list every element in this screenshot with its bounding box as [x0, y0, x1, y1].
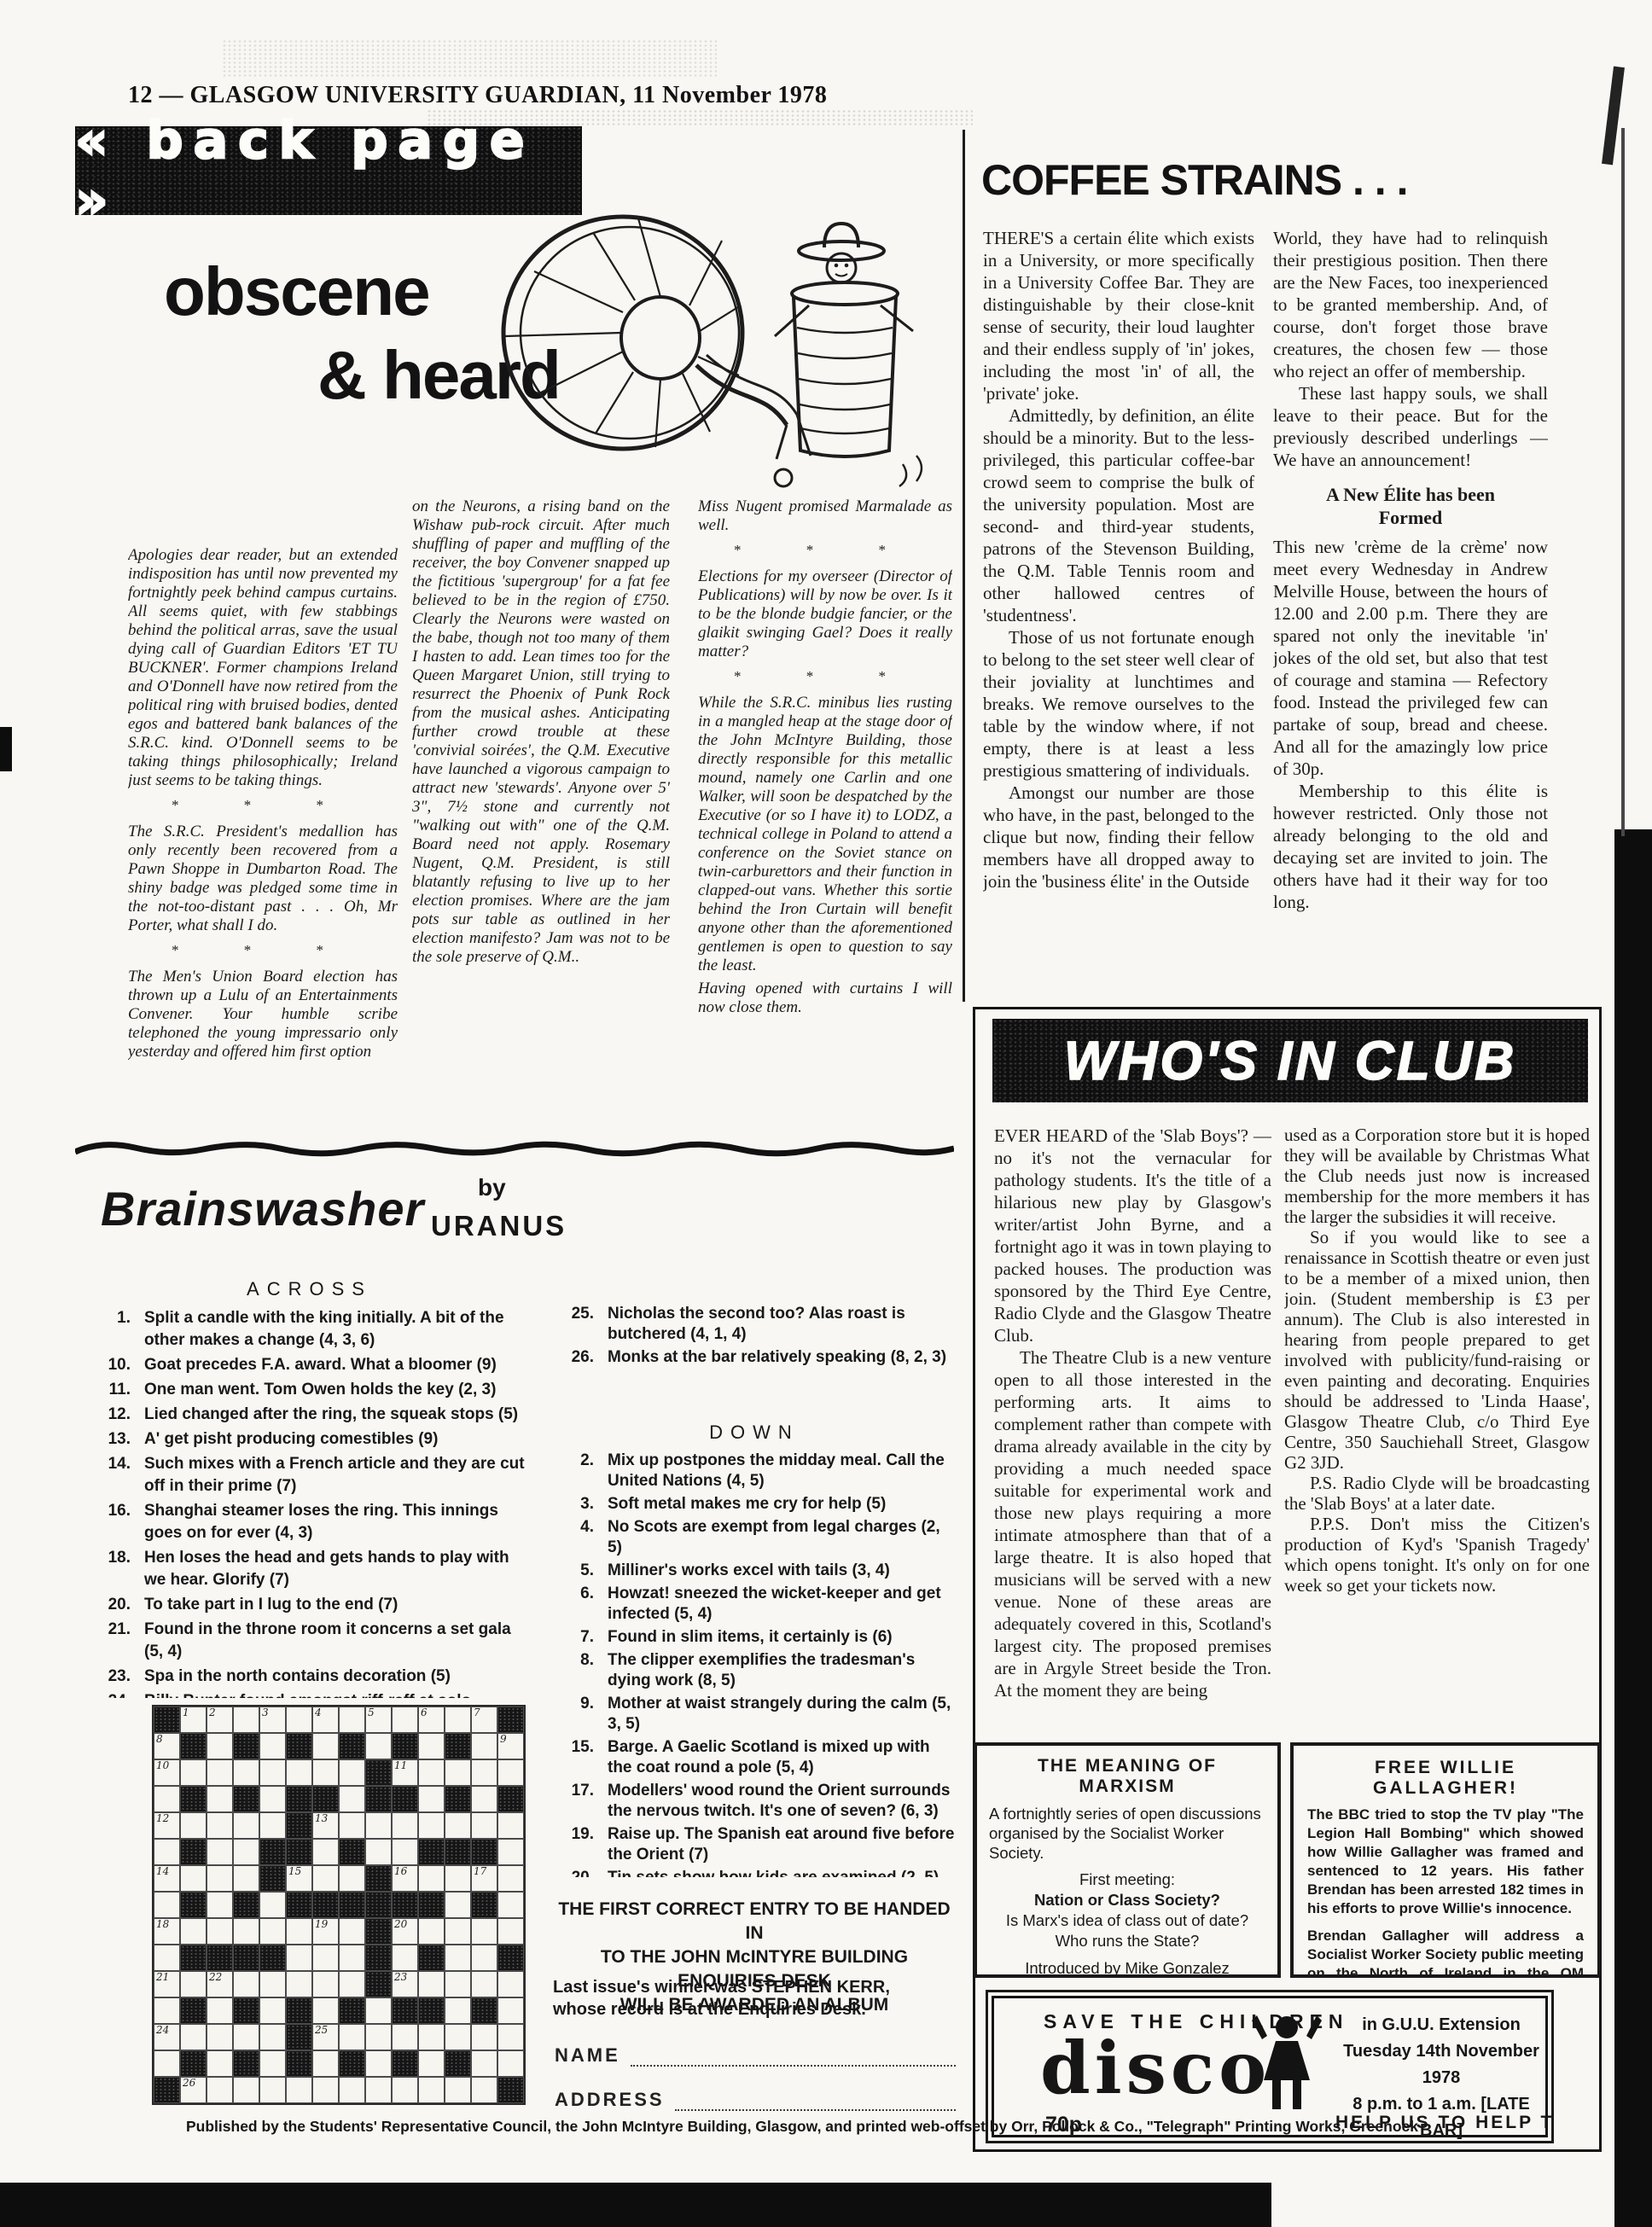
crossword-cell: [154, 2050, 180, 2077]
clue-number: 7.: [553, 1627, 608, 1648]
crossword-cell: [286, 1918, 312, 1945]
crossword-cell: [471, 1918, 497, 1945]
clue-text: Mix up postpones the midday meal. Call t…: [608, 1451, 956, 1491]
scan-edge-bottom: [0, 2183, 1271, 2227]
clue-text: Tin sets show how kids are examined (2, …: [608, 1868, 939, 1877]
paragraph: P.P.S. Don't miss the Citizen's producti…: [1284, 1514, 1590, 1596]
crossword-cell: 9: [497, 1733, 524, 1759]
crossword-black-cell: [339, 1733, 365, 1759]
crossword-black-cell: [339, 1839, 365, 1865]
crossword-black-cell: [365, 1865, 392, 1892]
crossword-clue: 10. Goat precedes F.A. award. What a blo…: [90, 1354, 529, 1376]
crossword-cell: [206, 2024, 233, 2050]
crossword-cell: [339, 1759, 365, 1786]
crossword-black-cell: [286, 2050, 312, 2077]
crossword-cell: [418, 2050, 445, 2077]
crossword-cell: [206, 1733, 233, 1759]
crossword-cell: [180, 1971, 206, 1997]
clue-number: 5.: [553, 1561, 608, 1581]
crossword-cell: [312, 1997, 339, 2024]
marxism-topic: Nation or Class Society?: [989, 1890, 1265, 1910]
crossword-cell: [418, 1812, 445, 1839]
clue-text: Milliner's works excel with tails (3, 4): [608, 1561, 890, 1581]
crossword-black-cell: [286, 1733, 312, 1759]
crossword-clue: 13. A' get pisht producing comestibles (…: [90, 1428, 529, 1451]
across-clues-continued: 25. Nicholas the second too? Alas roast …: [553, 1304, 956, 1406]
crossword-cell: [445, 1918, 471, 1945]
crossword-cell: [286, 1945, 312, 1971]
crossword-cell: [233, 1971, 259, 1997]
paragraph: The Men's Union Board election has throw…: [128, 968, 398, 1061]
paragraph: used as a Corporation store but it is ho…: [1284, 1125, 1590, 1227]
disco-date: Tuesday 14th November 1978: [1334, 2038, 1549, 2091]
clue-text: Mother at waist strangely during the cal…: [608, 1694, 956, 1735]
clue-text: The clipper exemplifies the tradesman's …: [608, 1650, 956, 1691]
crossword-cell: 21: [154, 1971, 180, 1997]
crossword-cell: [418, 1971, 445, 1997]
crossword-black-cell: [286, 1812, 312, 1839]
crossword-cell: 10: [154, 1759, 180, 1786]
clue-number: 23.: [90, 1666, 144, 1688]
crossword-cell: [286, 1759, 312, 1786]
crossword-cell: 7: [471, 1707, 497, 1733]
crossword-cell: [497, 1759, 524, 1786]
obscene-headline-line1: obscene: [164, 258, 429, 326]
crossword-cell: [365, 2024, 392, 2050]
crossword-cell: [233, 2077, 259, 2103]
crossword-cell-number: 9: [500, 1733, 507, 1745]
whos-in-club-banner: WHO'S IN CLUB: [992, 1019, 1588, 1102]
crossword-clue: 21. Found in the throne room it concerns…: [90, 1619, 529, 1663]
crossword-cell-number: 15: [288, 1865, 301, 1877]
crossword-cell: [497, 1997, 524, 2024]
crossword-cell-number: 11: [394, 1759, 407, 1771]
crossword-clue: 15. Barge. A Gaelic Scotland is mixed up…: [553, 1737, 956, 1778]
crossword-cell: [471, 2077, 497, 2103]
crossword-cell: 16: [392, 1865, 418, 1892]
crossword-cell: [206, 2077, 233, 2103]
crossword-clue: 5. Milliner's works excel with tails (3,…: [553, 1561, 956, 1581]
crossword-black-cell: [392, 1997, 418, 2024]
crossword-cell-number: 14: [156, 1865, 169, 1877]
marxism-introduced-by: Introduced by Mike Gonzalez: [989, 1958, 1265, 1978]
crossword-cell: [497, 1812, 524, 1839]
crossword-cell-number: 25: [315, 2024, 328, 2036]
crossword-cell-number: 23: [394, 1971, 407, 1983]
crossword-cell: [180, 1759, 206, 1786]
obscene-column-1: Apologies dear reader, but an extended i…: [128, 546, 398, 1137]
crossword-black-cell: [497, 2077, 524, 2103]
crossword-black-cell: [392, 1733, 418, 1759]
crossword-cell: [445, 1759, 471, 1786]
coffee-strains-title: COFFEE STRAINS . . .: [981, 159, 1407, 201]
crossword-cell: [233, 2024, 259, 2050]
new-elite-subhead: A New Élite has been Formed: [1304, 483, 1517, 529]
crossword-cell: 6: [418, 1707, 445, 1733]
clue-text: Lied changed after the ring, the squeak …: [144, 1404, 518, 1426]
clue-text: Howzat! sneezed the wicket-keeper and ge…: [608, 1584, 956, 1625]
crossword-clue: 24. Billy Bunter found amongst riff-raff…: [90, 1690, 529, 1698]
crossword-black-cell: [418, 1997, 445, 2024]
disco-logo: disco: [1040, 2034, 1271, 2102]
crossword-cell: [312, 1865, 339, 1892]
scan-mark-left: [0, 727, 12, 771]
across-label: ACROSS: [90, 1278, 529, 1300]
crossword-cell: [445, 1707, 471, 1733]
crossword-cell: [445, 2024, 471, 2050]
clue-number: 25.: [553, 1304, 608, 1345]
crossword-clue: 6. Howzat! sneezed the wicket-keeper and…: [553, 1584, 956, 1625]
crossword-cell: [339, 1786, 365, 1812]
crossword-cell: [286, 1707, 312, 1733]
crossword-cell: [339, 2077, 365, 2103]
crossword-black-cell: [286, 1997, 312, 2024]
crossword-cell: 8: [154, 1733, 180, 1759]
obscene-column-2: on the Neurons, a rising band on the Wis…: [412, 497, 670, 1139]
marxism-question-1: Is Marx's idea of class out of date?: [989, 1910, 1265, 1931]
paragraph: Apologies dear reader, but an extended i…: [128, 546, 398, 790]
crossword-cell: [497, 2050, 524, 2077]
entry-note-line: THE FIRST CORRECT ENTRY TO BE HANDED IN: [553, 1898, 956, 1945]
crossword-clue: 2. Mix up postpones the midday meal. Cal…: [553, 1451, 956, 1491]
crossword-cell: 20: [392, 1918, 418, 1945]
obscene-column-3: Miss Nugent promised Marmalade as well.*…: [698, 497, 952, 1139]
scan-smudge-top: [222, 39, 717, 78]
child-figure-icon: [1250, 2014, 1323, 2114]
crossword-cell: [497, 1892, 524, 1918]
clue-number: 1.: [90, 1307, 144, 1352]
crossword-cell: 22: [206, 1971, 233, 1997]
crossword-cell: [365, 1839, 392, 1865]
crossword-cell: [445, 1971, 471, 1997]
crossword-cell: [233, 1839, 259, 1865]
crossword-cell: 23: [392, 1971, 418, 1997]
clue-text: Soft metal makes me cry for help (5): [608, 1494, 886, 1515]
crossword-cell: 25: [312, 2024, 339, 2050]
crossword-clue: 18. Hen loses the head and gets hands to…: [90, 1547, 529, 1591]
crossword-black-cell: [365, 1918, 392, 1945]
clue-number: 21.: [90, 1619, 144, 1663]
clue-number: 19.: [553, 1824, 608, 1865]
crossword-black-cell: [339, 2050, 365, 2077]
clue-text: Raise up. The Spanish eat around five be…: [608, 1824, 956, 1865]
clue-number: 18.: [90, 1547, 144, 1591]
paragraph: Admittedly, by definition, an élite shou…: [983, 404, 1254, 626]
crossword-black-cell: [286, 1786, 312, 1812]
page-header: 12 — GLASGOW UNIVERSITY GUARDIAN, 11 Nov…: [128, 82, 827, 109]
crossword-clue: 20. To take part in I lug to the end (7): [90, 1594, 529, 1616]
address-entry-line: [675, 2096, 956, 2111]
clue-text: Such mixes with a French article and the…: [144, 1453, 529, 1497]
crossword-cell-number: 13: [315, 1812, 328, 1824]
crossword-clue: 19. Raise up. The Spanish eat around fiv…: [553, 1824, 956, 1865]
crossword-cell: 24: [154, 2024, 180, 2050]
crossword-clue: 12. Lied changed after the ring, the squ…: [90, 1404, 529, 1426]
paragraph: World, they have had to relinquish their…: [1273, 227, 1548, 382]
crossword-cell: [365, 1997, 392, 2024]
crossword-cell: [206, 1759, 233, 1786]
section-divider: [75, 1140, 954, 1162]
paragraph: While the S.R.C. minibus lies rusting in…: [698, 694, 952, 975]
crossword-black-cell: [233, 1786, 259, 1812]
crossword-cell: [312, 2050, 339, 2077]
paragraph: EVER HEARD of the 'Slab Boys'? — no it's…: [994, 1125, 1271, 1346]
clue-number: 2.: [553, 1451, 608, 1491]
crossword-cell: [392, 1707, 418, 1733]
newspaper-page: 12 — GLASGOW UNIVERSITY GUARDIAN, 11 Nov…: [0, 0, 1652, 2227]
crossword-cell: [445, 2077, 471, 2103]
crossword-black-cell: [339, 1997, 365, 2024]
crossword-cell: [259, 2024, 286, 2050]
crossword-cell: [154, 1997, 180, 2024]
crossword-black-cell: [471, 1892, 497, 1918]
crossword-cell: [339, 2024, 365, 2050]
crossword-black-cell: [259, 1865, 286, 1892]
crossword-cell: [259, 1786, 286, 1812]
crossword-cell: [471, 2024, 497, 2050]
paragraph: * * *: [128, 941, 398, 960]
crossword-cell: [180, 2024, 206, 2050]
crossword-black-cell: [418, 1945, 445, 1971]
crossword-cell: [206, 1892, 233, 1918]
crossword-cell: [365, 1733, 392, 1759]
crossword-black-cell: [233, 1733, 259, 1759]
crossword-black-cell: [497, 1707, 524, 1733]
crossword-cell: [365, 1812, 392, 1839]
crossword-cell-number: 12: [156, 1812, 169, 1824]
crossword-cell: [418, 1733, 445, 1759]
crossword-cell: [259, 1759, 286, 1786]
paragraph: on the Neurons, a rising band on the Wis…: [412, 497, 670, 967]
paragraph: Elections for my overseer (Director of P…: [698, 567, 952, 661]
clue-number: 16.: [90, 1500, 144, 1544]
column-rule: [963, 130, 965, 1002]
clue-text: Goat precedes F.A. award. What a bloomer…: [144, 1354, 497, 1376]
crossword-cell: [471, 2050, 497, 2077]
crossword-black-cell: [471, 1839, 497, 1865]
crossword-black-cell: [312, 1892, 339, 1918]
crossword-black-cell: [286, 1839, 312, 1865]
crossword-black-cell: [392, 2050, 418, 2077]
crossword-cell: 19: [312, 1918, 339, 1945]
crossword-cell: [445, 1865, 471, 1892]
crossword-cell: 15: [286, 1865, 312, 1892]
gallagher-paragraph-1: The BBC tried to stop the TV play "The L…: [1307, 1805, 1584, 1918]
clue-text: Monks at the bar relatively speaking (8,…: [608, 1347, 946, 1368]
paragraph: THERE'S a certain élite which exists in …: [983, 227, 1254, 404]
clue-number: 14.: [90, 1453, 144, 1497]
crossword-grid: 1234567891011121314151617181920212223242…: [152, 1705, 526, 2105]
crossword-cell: [497, 1918, 524, 1945]
crossword-cell: 4: [312, 1707, 339, 1733]
clue-number: 15.: [553, 1737, 608, 1778]
crossword-cell: [259, 1918, 286, 1945]
crossword-black-cell: [180, 1786, 206, 1812]
crossword-clue: 4. No Scots are exempt from legal charge…: [553, 1517, 956, 1558]
crossword-black-cell: [180, 1892, 206, 1918]
name-label: NAME: [555, 2044, 620, 2067]
crossword-cell-number: 1: [183, 1707, 189, 1718]
disco-box-inner-border: SAVE THE CHILDREN disco 70p in G.U.U. Ex…: [992, 1996, 1548, 2137]
crossword-black-cell: [180, 1945, 206, 1971]
coffee-column-2-top: World, they have had to relinquish their…: [1273, 227, 1548, 471]
crossword-black-cell: [365, 1759, 392, 1786]
crossword-clue: 20. Tin sets show how kids are examined …: [553, 1868, 956, 1877]
name-entry-line: [631, 2051, 956, 2067]
crossword-cell: 11: [392, 1759, 418, 1786]
crossword-black-cell: [312, 1786, 339, 1812]
crossword-cell: [206, 1918, 233, 1945]
clue-number: 24.: [90, 1690, 144, 1698]
crossword-black-cell: [154, 2077, 180, 2103]
whos-in-club-banner-text: WHO'S IN CLUB: [1064, 1029, 1517, 1092]
crossword-black-cell: [180, 1997, 206, 2024]
marxism-first-meeting: First meeting:: [989, 1869, 1265, 1890]
gallagher-box: FREE WILLIE GALLAGHER! The BBC tried to …: [1290, 1742, 1601, 1978]
clue-text: Billy Bunter found amongst riff-raff at …: [144, 1690, 529, 1698]
clue-text: Nicholas the second too? Alas roast is b…: [608, 1304, 956, 1345]
clue-number: 13.: [90, 1428, 144, 1451]
crossword-cell: [497, 1971, 524, 1997]
crossword-cell: [392, 1839, 418, 1865]
crossword-cell: 18: [154, 1918, 180, 1945]
crossword-black-cell: [259, 1839, 286, 1865]
crossword-cell: [312, 1971, 339, 1997]
crossword-clue: 1. Split a candle with the king initiall…: [90, 1307, 529, 1352]
marxism-title: THE MEANING OF MARXISM: [989, 1756, 1265, 1797]
crossword-black-cell: [365, 1892, 392, 1918]
paragraph: The Theatre Club is a new venture open t…: [994, 1346, 1271, 1701]
scan-line-right: [1621, 128, 1625, 836]
address-label: ADDRESS: [555, 2089, 665, 2111]
crossword-black-cell: [180, 1733, 206, 1759]
crossword-cell: [445, 1812, 471, 1839]
crossword-cell: [206, 1812, 233, 1839]
winner-note: Last issue's winner was STEPHEN KERR, wh…: [553, 1976, 928, 2021]
crossword-cell: 2: [206, 1707, 233, 1733]
brainswasher-author: URANUS: [431, 1210, 567, 1242]
clue-text: Hen loses the head and gets hands to pla…: [144, 1547, 529, 1591]
crossword-clue: 25. Nicholas the second too? Alas roast …: [553, 1304, 956, 1345]
crossword-black-cell: [445, 1786, 471, 1812]
address-field-row: ADDRESS: [555, 2089, 956, 2111]
crossword-cell: [339, 1918, 365, 1945]
crossword-cell: [418, 1918, 445, 1945]
crossword-cell: [392, 2077, 418, 2103]
crossword-cell: [312, 1733, 339, 1759]
crossword-black-cell: [233, 1997, 259, 2024]
crossword-cell: [154, 1892, 180, 1918]
crossword-black-cell: [392, 1786, 418, 1812]
crossword-cell-number: 5: [368, 1707, 375, 1718]
crossword-cell: 26: [180, 2077, 206, 2103]
crossword-cell: [392, 2024, 418, 2050]
clue-number: 20.: [90, 1594, 144, 1616]
crossword-cell-number: 22: [209, 1971, 222, 1983]
crossword-cell-number: 16: [394, 1865, 407, 1877]
crossword-cell: [471, 1786, 497, 1812]
paragraph: * * *: [128, 796, 398, 815]
crossword-cell: [445, 1892, 471, 1918]
marxism-question-2: Who runs the State?: [989, 1931, 1265, 1951]
clue-text: Found in the throne room it concerns a s…: [144, 1619, 529, 1663]
crossword-cell: [497, 1839, 524, 1865]
crossword-black-cell: [392, 1892, 418, 1918]
crossword-black-cell: [497, 1945, 524, 1971]
crossword-cell: [259, 1733, 286, 1759]
crossword-cell: [392, 1812, 418, 1839]
crossword-cell: [180, 1812, 206, 1839]
coffee-column-1: THERE'S a certain élite which exists in …: [983, 227, 1254, 1002]
clue-number: 8.: [553, 1650, 608, 1691]
down-clues: 2. Mix up postpones the midday meal. Cal…: [553, 1451, 956, 1877]
crossword-cell: [471, 1971, 497, 1997]
crossword-cell: [339, 1707, 365, 1733]
crossword-clue: 7. Found in slim items, it certainly is …: [553, 1627, 956, 1648]
crossword-black-cell: [154, 1707, 180, 1733]
crossword-cell: [259, 2050, 286, 2077]
crossword-black-cell: [206, 1945, 233, 1971]
paragraph: Those of us not fortunate enough to belo…: [983, 626, 1254, 782]
crossword-cell: [206, 2050, 233, 2077]
clue-number: 3.: [553, 1494, 608, 1515]
crossword-cell: [339, 1865, 365, 1892]
crossword-cell: [206, 1997, 233, 2024]
crossword-cell: [339, 1812, 365, 1839]
gallagher-title: FREE WILLIE GALLAGHER!: [1307, 1758, 1584, 1799]
crossword-cell: [233, 1812, 259, 1839]
crossword-black-cell: [445, 2050, 471, 2077]
crossword-black-cell: [233, 1945, 259, 1971]
crossword-cell: 1: [180, 1707, 206, 1733]
crossword-cell: [206, 1865, 233, 1892]
crossword-cell-number: 26: [183, 2077, 195, 2089]
crossword-black-cell: [445, 1733, 471, 1759]
crossword-cell: [418, 1865, 445, 1892]
crossword-clue: 9. Mother at waist strangely during the …: [553, 1694, 956, 1735]
paragraph: Amongst our number are those who have, i…: [983, 782, 1254, 893]
crossword-cell: [471, 1812, 497, 1839]
whos-column-2: used as a Corporation store but it is ho…: [1284, 1125, 1590, 1732]
crossword-cell: [312, 1759, 339, 1786]
crossword-cell: 17: [471, 1865, 497, 1892]
paragraph: * * *: [698, 541, 952, 560]
crossword-cell: [206, 1839, 233, 1865]
marxism-intro: A fortnightly series of open discussions…: [989, 1804, 1265, 1863]
crossword-cell: [339, 1971, 365, 1997]
clue-text: Barge. A Gaelic Scotland is mixed up wit…: [608, 1737, 956, 1778]
coffee-column-2-bottom: This new 'crème de la crème' now meet ev…: [1273, 536, 1548, 913]
crossword-cell: [286, 2077, 312, 2103]
clue-number: 11.: [90, 1379, 144, 1401]
crossword-cell: [418, 1786, 445, 1812]
crossword-clue: 14. Such mixes with a French article and…: [90, 1453, 529, 1497]
crossword-cell: [339, 1945, 365, 1971]
crossword-cell: [445, 1997, 471, 2024]
crossword-cell: [180, 1865, 206, 1892]
clue-text: Modellers' wood round the Orient surroun…: [608, 1781, 956, 1822]
crossword-cell-number: 7: [474, 1707, 480, 1718]
paragraph: * * *: [698, 667, 952, 686]
crossword-cell: 14: [154, 1865, 180, 1892]
whos-column-1: EVER HEARD of the 'Slab Boys'? — no it's…: [994, 1125, 1271, 1732]
crossword-black-cell: [365, 1945, 392, 1971]
clue-text: Found in slim items, it certainly is (6): [608, 1627, 893, 1648]
crossword-black-cell: [180, 1839, 206, 1865]
down-label: DOWN: [553, 1422, 956, 1444]
crossword-cell: [392, 1945, 418, 1971]
gallagher-paragraph-2: Brendan Gallagher will address a Sociali…: [1307, 1927, 1584, 1978]
